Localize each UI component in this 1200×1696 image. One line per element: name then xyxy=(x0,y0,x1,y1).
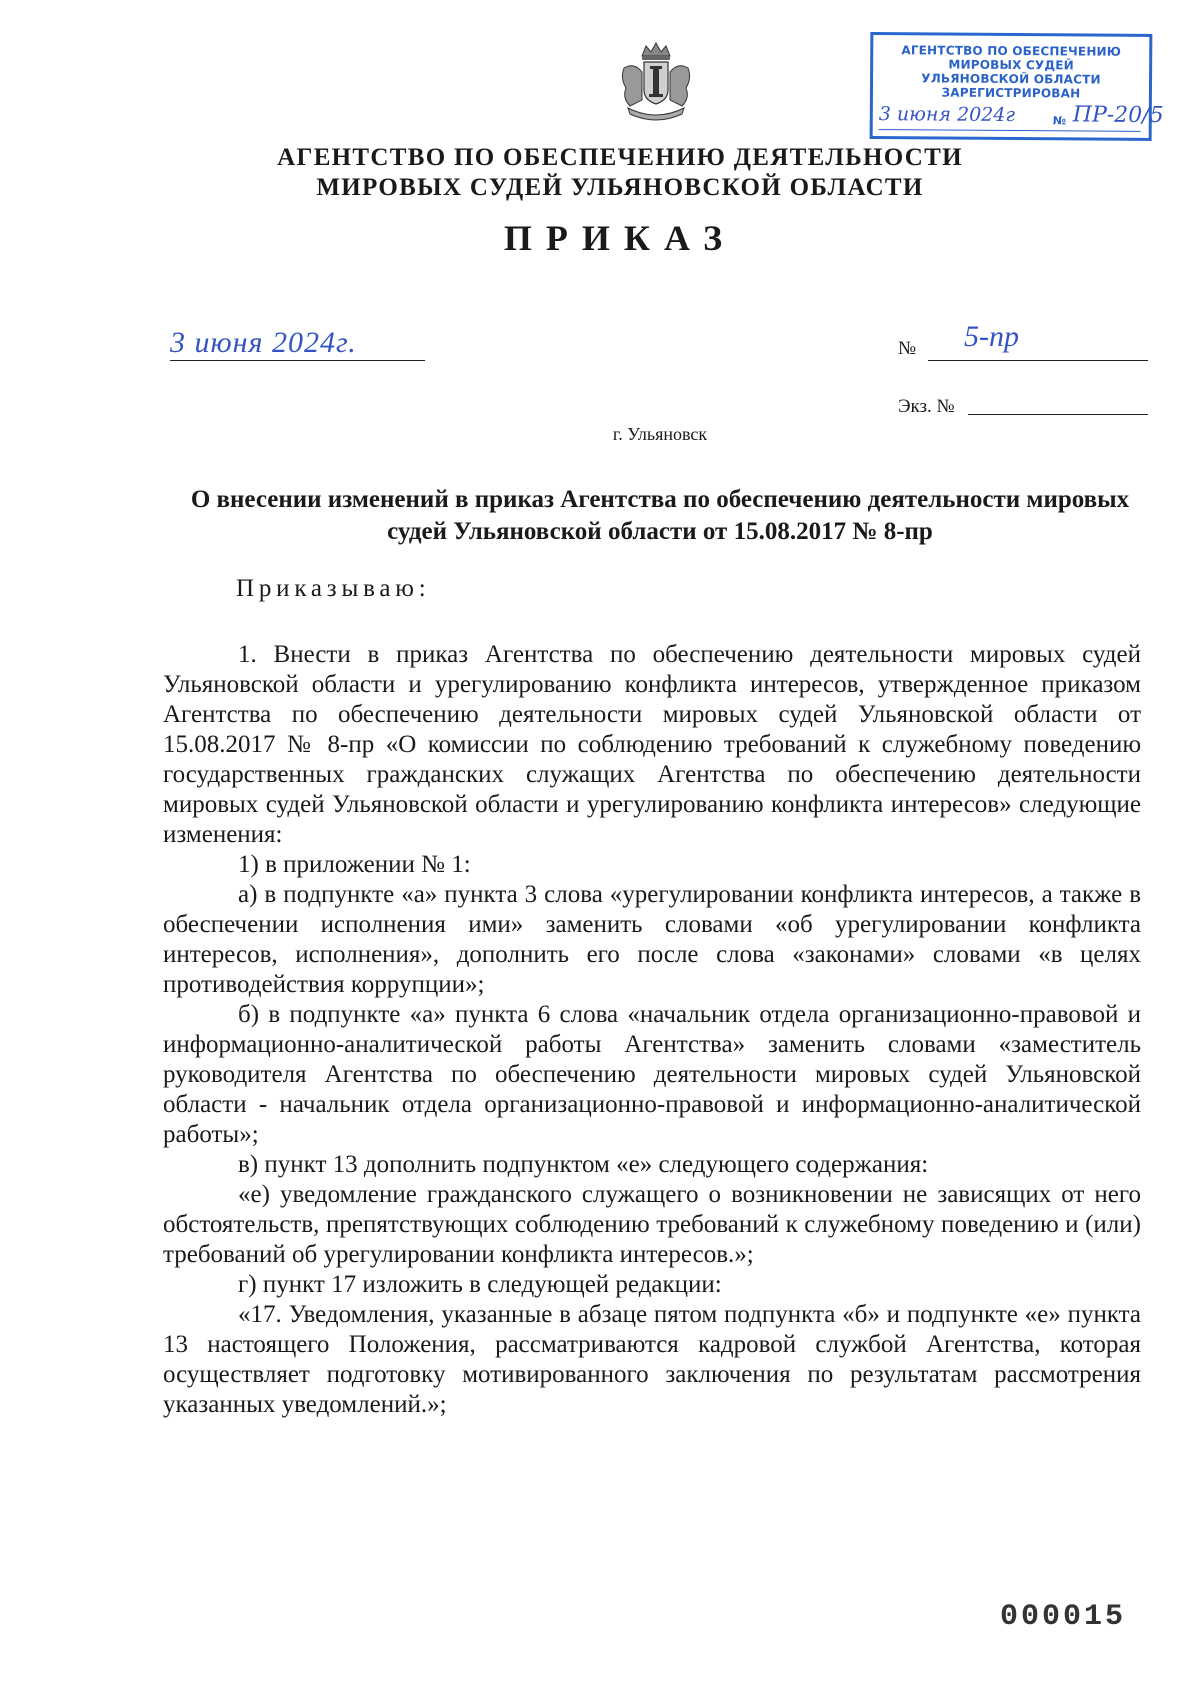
paragraph-g: г) пункт 17 изложить в следующей редакци… xyxy=(163,1270,1141,1300)
paragraph-appendix-1: 1) в приложении № 1: xyxy=(163,850,1141,880)
stamp-handwritten-date: 3 июня 2024г xyxy=(879,103,1015,126)
stamp-handwritten-row: 3 июня 2024г № ПР-20/5 xyxy=(873,99,1149,135)
city-label: г. Ульяновск xyxy=(0,424,1200,445)
paragraph-v: в) пункт 13 дополнить подпунктом «е» сле… xyxy=(163,1150,1141,1180)
document-type-title: ПРИКАЗ xyxy=(0,217,1200,259)
number-underline xyxy=(928,360,1148,361)
stamp-underline xyxy=(879,129,1141,132)
copy-number-label: Экз. № xyxy=(898,396,955,418)
paragraph-b: б) в подпункте «а» пункта 6 слова «начал… xyxy=(163,1000,1141,1150)
handwritten-number: 5-пр xyxy=(964,320,1019,354)
stamp-number-label: № xyxy=(1053,114,1066,127)
org-name-line-2: МИРОВЫХ СУДЕЙ УЛЬЯНОВСКОЙ ОБЛАСТИ xyxy=(0,174,1200,202)
date-underline xyxy=(170,360,425,361)
copy-number-underline xyxy=(968,414,1148,415)
order-directive: Приказываю: xyxy=(236,575,430,603)
paragraph-1: 1. Внести в приказ Агентства по обеспече… xyxy=(163,640,1141,850)
coat-of-arms-emblem xyxy=(612,38,700,126)
order-subject: О внесении изменений в приказ Агентства … xyxy=(180,484,1140,548)
number-label: № xyxy=(898,338,916,360)
registration-stamp: АГЕНТСТВО ПО ОБЕСПЕЧЕНИЮ МИРОВЫХ СУДЕЙ У… xyxy=(870,32,1153,141)
stamp-line: АГЕНТСТВО ПО ОБЕСПЕЧЕНИЮ xyxy=(873,43,1149,59)
emblem-icon xyxy=(612,38,700,126)
paragraph-a: а) в подпункте «а» пункта 3 слова «урегу… xyxy=(163,880,1141,1000)
paragraph-v-quote: «е) уведомление гражданского служащего о… xyxy=(163,1180,1141,1270)
paragraph-g-quote: «17. Уведомления, указанные в абзаце пят… xyxy=(163,1300,1141,1420)
handwritten-date: 3 июня 2024г. xyxy=(170,326,357,360)
document-body: 1. Внести в приказ Агентства по обеспече… xyxy=(163,640,1141,1420)
org-name-line-1: АГЕНТСТВО ПО ОБЕСПЕЧЕНИЮ ДЕЯТЕЛЬНОСТИ xyxy=(0,144,1200,172)
page-number: 000015 xyxy=(1000,1600,1126,1634)
stamp-handwritten-number: ПР-20/5 xyxy=(1073,102,1164,128)
